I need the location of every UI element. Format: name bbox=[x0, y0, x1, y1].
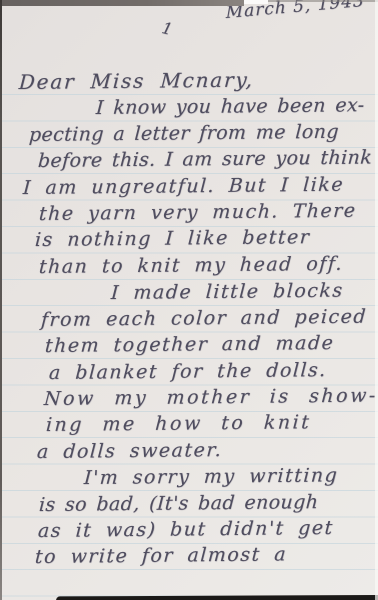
scan-edge-top bbox=[0, 0, 244, 6]
page-number: 1 bbox=[160, 18, 174, 39]
scan-edge-bottom bbox=[56, 595, 378, 600]
scan-edge-top-thin bbox=[268, 0, 378, 2]
scan-edge-notch bbox=[244, 0, 268, 4]
letter-line: as it was) but didn't get bbox=[37, 517, 334, 547]
letter-line: before this. I am sure you think bbox=[37, 146, 373, 177]
letter-line: is nothing I like better bbox=[34, 226, 311, 256]
letter-line: Dear Miss Mcnary, bbox=[18, 68, 255, 97]
scan-edge-left bbox=[0, 0, 2, 600]
letter-line: than to knit my head off. bbox=[38, 253, 344, 283]
letter-line: I made little blocks bbox=[110, 280, 344, 309]
letter-page: March 5, 1943 1 Dear Miss Mcnary, I know… bbox=[0, 0, 378, 600]
letter-line: a dolls sweater. bbox=[36, 439, 223, 468]
letter-line: I'm sorry my writting bbox=[83, 464, 339, 494]
letter-line: them together and made bbox=[44, 332, 335, 362]
letter-line: ing me how to knit bbox=[45, 411, 312, 441]
letter-line: I know you have been ex- bbox=[95, 94, 365, 124]
letter-line: to write for almost a bbox=[34, 543, 288, 573]
letter-line: Now my mother is show- bbox=[43, 384, 378, 415]
